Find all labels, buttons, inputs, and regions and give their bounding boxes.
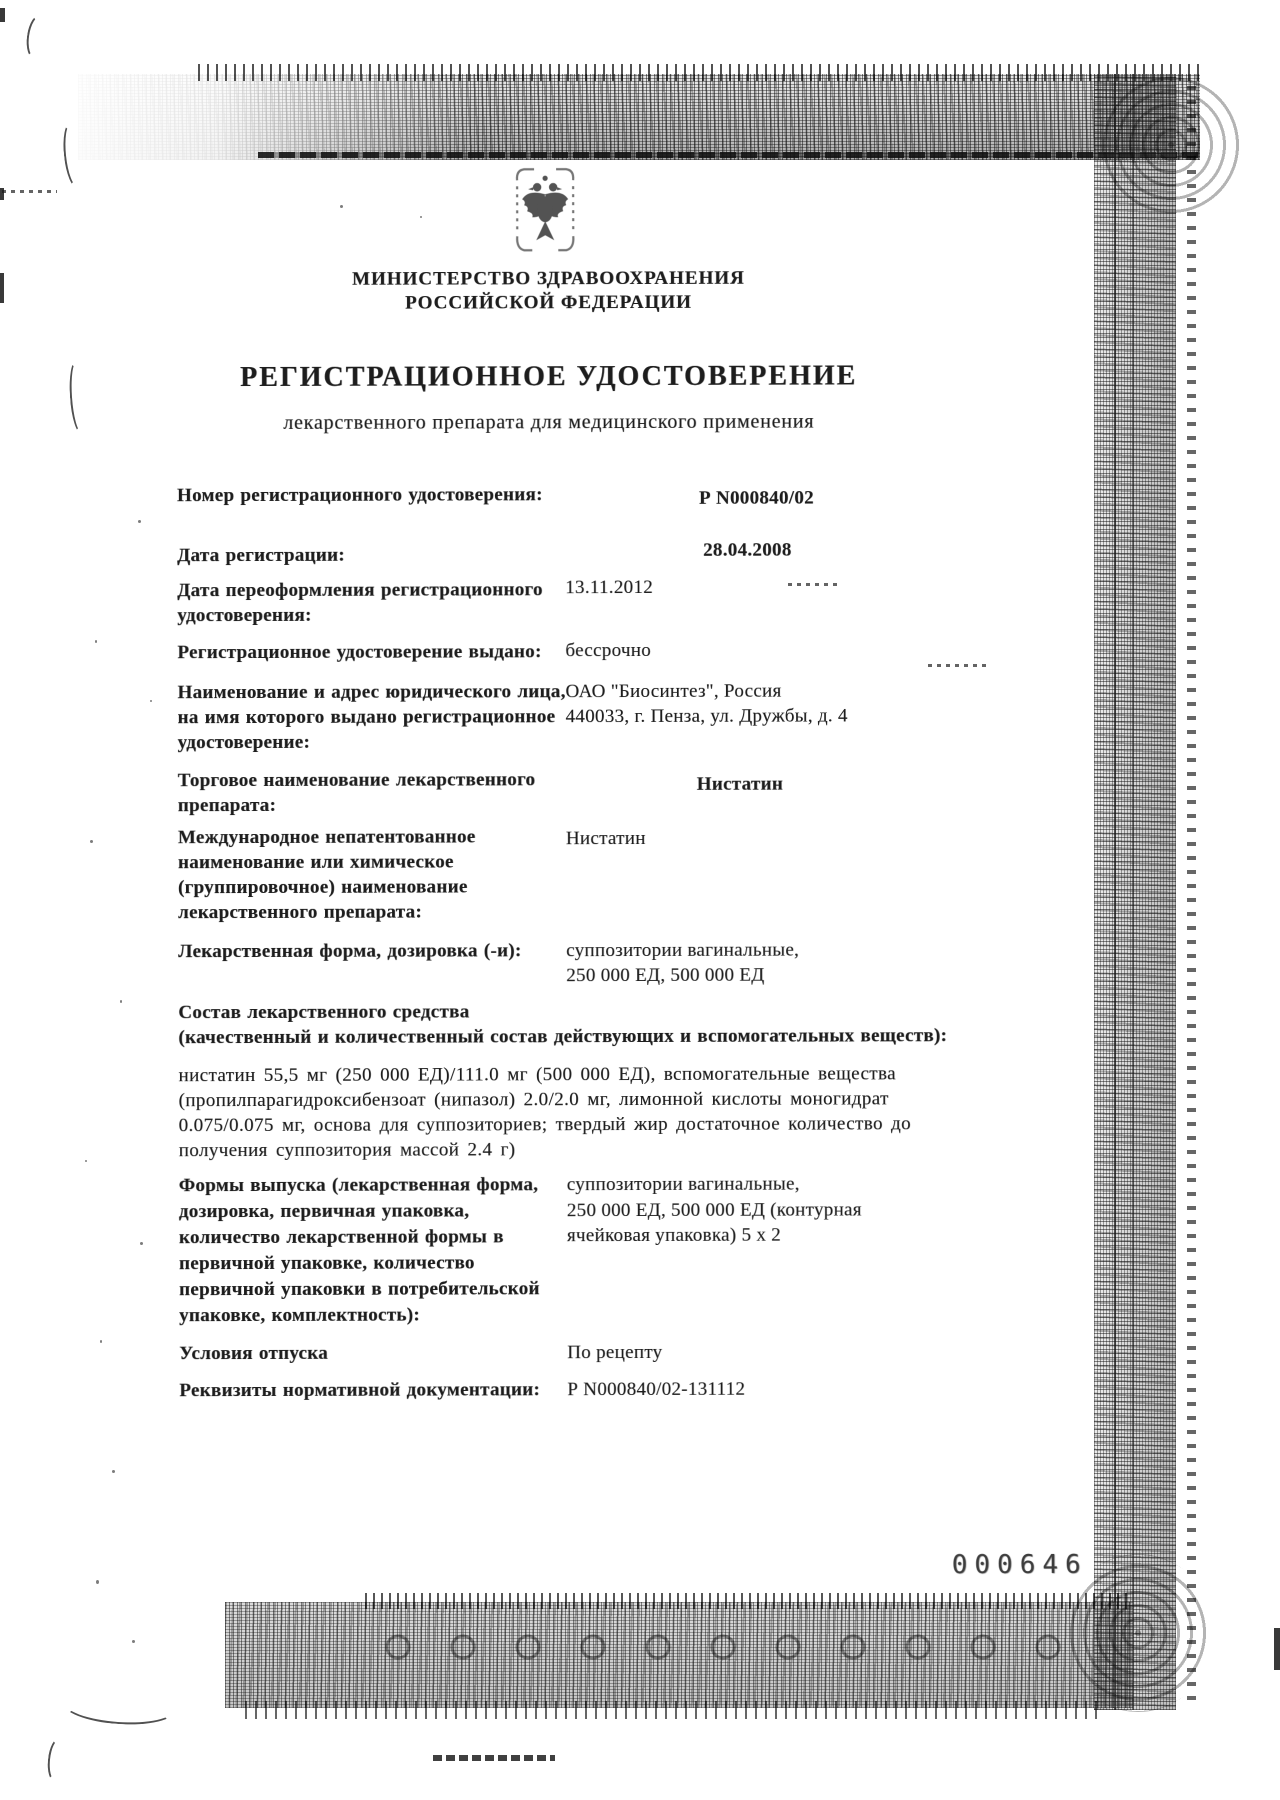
document-content: МИНИСТЕРСТВО ЗДРАВООХРАНЕНИЯ РОССИЙСКОЙ … <box>0 0 1280 1800</box>
field-value-dispensing: По рецепту <box>567 1342 662 1365</box>
field-label-inn: Международное непатентованное <box>178 826 476 850</box>
field-value-dosage-form: суппозитории вагинальные, <box>566 940 799 963</box>
field-value-reg-date: 28.04.2008 <box>703 540 792 563</box>
russia-coat-of-arms-icon <box>514 166 576 254</box>
field-value-release-forms: 250 000 ЕД, 500 000 ЕД (контурная <box>567 1199 862 1223</box>
composition-body: (пропилпарагидроксибензоат (нипазол) 2.0… <box>178 1088 888 1113</box>
field-label-release-forms: упаковке, комплектность): <box>179 1305 420 1328</box>
ministry-name-line2: РОССИЙСКОЙ ФЕДЕРАЦИИ <box>298 292 798 316</box>
field-label-reg-date: Дата регистрации: <box>177 545 345 568</box>
field-value-normative-docs: Р N000840/02-131112 <box>567 1379 745 1402</box>
field-label-release-forms: Формы выпуска (лекарственная форма, <box>179 1174 539 1198</box>
field-label-release-forms: первичной упаковки в потребительской <box>179 1278 540 1302</box>
field-label-holder: удостоверение: <box>178 732 311 755</box>
form-serial-number: 000646 <box>952 1550 1088 1582</box>
field-label-holder: Наименование и адрес юридического лица, <box>177 681 565 705</box>
field-value-trade-name: Нистатин <box>697 774 783 797</box>
composition-body: нистатин 55,5 мг (250 000 ЕД)/111.0 мг (… <box>178 1063 896 1088</box>
field-value-holder: ОАО "Биосинтез", Россия <box>565 681 781 704</box>
composition-body: 0.075/0.075 мг, основа для суппозиториев… <box>179 1113 911 1138</box>
field-label-inn: лекарственного препарата: <box>178 902 422 925</box>
field-label-reg-number: Номер регистрационного удостоверения: <box>177 484 543 508</box>
field-label-inn: (группировочное) наименование <box>178 876 468 900</box>
composition-heading: (качественный и количественный состав де… <box>178 1025 947 1050</box>
field-label-validity: Регистрационное удостоверение выдано: <box>177 641 541 665</box>
field-label-dosage-form: Лекарственная форма, дозировка (-и): <box>178 940 521 964</box>
field-label-reissue-date: удостоверения: <box>177 605 311 628</box>
field-label-release-forms: дозировка, первичная упаковка, <box>179 1200 469 1224</box>
field-label-normative-docs: Реквизиты нормативной документации: <box>179 1379 540 1403</box>
document-title: РЕГИСТРАЦИОННОЕ УДОСТОВЕРЕНИЕ <box>179 359 919 395</box>
field-value-inn: Нистатин <box>566 828 646 851</box>
field-value-holder: 440033, г. Пенза, ул. Дружбы, д. 4 <box>565 705 847 729</box>
composition-body: получения суппозитория массой 2.4 г) <box>179 1139 516 1163</box>
field-value-dosage-form: 250 000 ЕД, 500 000 ЕД <box>566 965 764 988</box>
field-label-dispensing: Условия отпуска <box>179 1343 328 1366</box>
field-label-trade-name: препарата: <box>178 795 276 818</box>
field-value-validity: бессрочно <box>565 640 651 663</box>
field-label-trade-name: Торговое наименование лекарственного <box>178 769 536 793</box>
field-value-release-forms: суппозитории вагинальные, <box>567 1174 800 1197</box>
field-label-release-forms: количество лекарственной формы в <box>179 1226 504 1250</box>
field-value-reg-number: Р N000840/02 <box>699 488 814 511</box>
registration-certificate-scan: МИНИСТЕРСТВО ЗДРАВООХРАНЕНИЯ РОССИЙСКОЙ … <box>0 0 1280 1800</box>
document-subtitle: лекарственного препарата для медицинског… <box>179 409 919 435</box>
field-label-release-forms: первичной упаковке, количество <box>179 1252 475 1276</box>
field-value-reissue-date: 13.11.2012 <box>565 577 653 600</box>
field-label-inn: наименование или химическое <box>178 851 454 875</box>
field-value-release-forms: ячейковая упаковка) 5 х 2 <box>567 1225 781 1248</box>
field-label-holder: на имя которого выдано регистрационное <box>177 706 555 730</box>
ministry-name-line1: МИНИСТЕРСТВО ЗДРАВООХРАНЕНИЯ <box>298 268 798 292</box>
composition-heading: Состав лекарственного средства <box>178 1001 469 1025</box>
field-label-reissue-date: Дата переоформления регистрационного <box>177 579 543 603</box>
